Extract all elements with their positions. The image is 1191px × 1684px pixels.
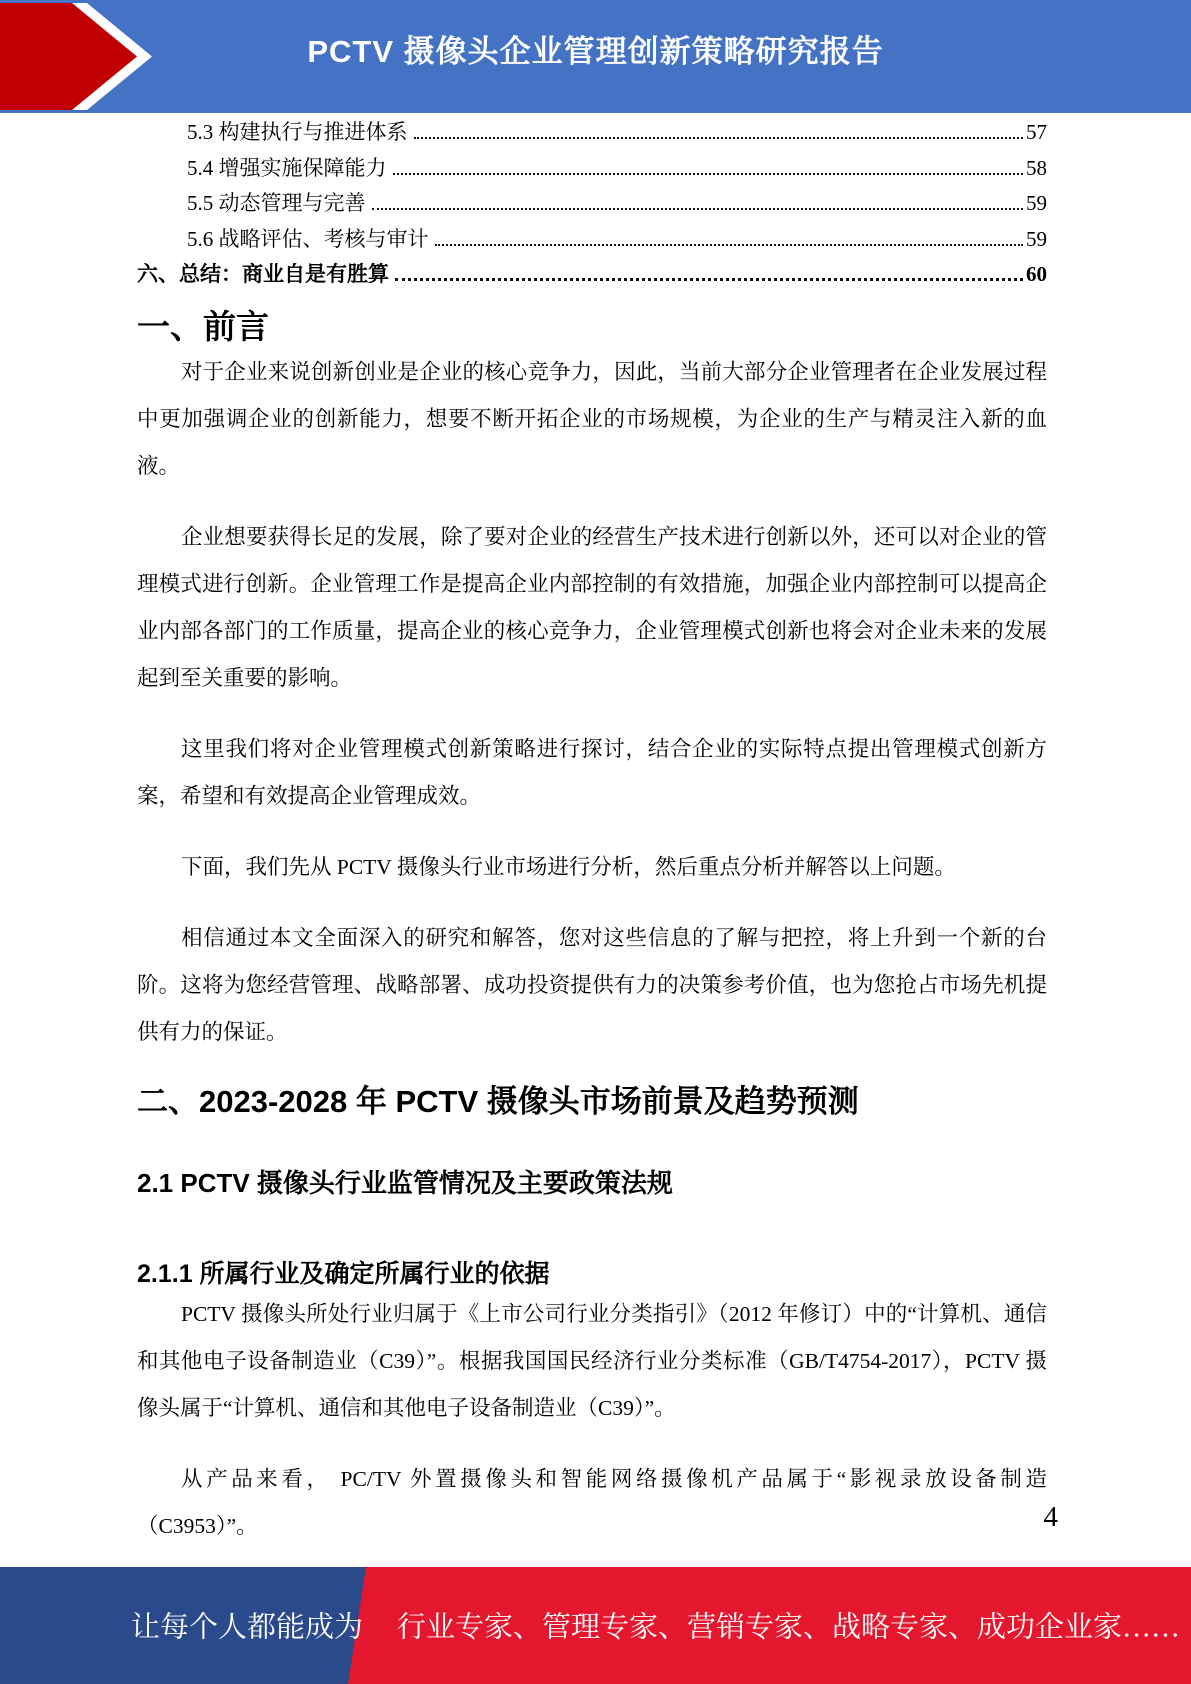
paragraph: 下面，我们先从 PCTV 摄像头行业市场进行分析，然后重点分析并解答以上问题。 <box>137 844 1047 891</box>
paragraph: 对于企业来说创新创业是企业的核心竞争力，因此，当前大部分企业管理者在企业发展过程… <box>137 349 1047 490</box>
heading-industry-basis: 2.1.1 所属行业及确定所属行业的依据 <box>137 1258 1047 1291</box>
page-number: 4 <box>1044 1497 1059 1537</box>
toc-entry-label: 5.6 战略评估、考核与审计 <box>187 222 429 258</box>
toc-leader-dots <box>435 243 1024 246</box>
toc-leader-dots <box>414 136 1024 139</box>
paragraph: 相信通过本文全面深入的研究和解答，您对这些信息的了解与把控，将上升到一个新的台阶… <box>137 915 1047 1056</box>
paragraph: PCTV 摄像头所处行业归属于《上市公司行业分类指引》（2012 年修订）中的“… <box>137 1291 1047 1432</box>
toc-leader-dots <box>395 277 1023 281</box>
toc-leader-dots <box>393 172 1024 175</box>
document-body: 一、前言 对于企业来说创新创业是企业的核心竞争力，因此，当前大部分企业管理者在企… <box>137 292 1047 1560</box>
toc-entry: 5.4 增强实施保障能力 58 <box>137 151 1047 187</box>
heading-preface: 一、前言 <box>137 305 1047 349</box>
toc-entry-page: 58 <box>1026 151 1047 187</box>
toc-entry: 5.5 动态管理与完善 59 <box>137 186 1047 222</box>
toc-entry-page: 59 <box>1026 186 1047 222</box>
toc-entry: 六、总结：商业自是有胜算 60 <box>137 257 1047 293</box>
heading-market-forecast: 二、2023-2028 年 PCTV 摄像头市场前景及趋势预测 <box>137 1080 1047 1124</box>
paragraph: 这里我们将对企业管理模式创新策略进行探讨，结合企业的实际特点提出管理模式创新方案… <box>137 726 1047 820</box>
footer-slogan-left: 让每个人都能成为 <box>131 1604 363 1645</box>
toc-entry-page: 57 <box>1026 115 1047 151</box>
toc-entry: 5.3 构建执行与推进体系 57 <box>137 115 1047 151</box>
toc-entry-page: 59 <box>1026 222 1047 258</box>
heading-regulation: 2.1 PCTV 摄像头行业监管情况及主要政策法规 <box>137 1166 1047 1200</box>
paragraph: 企业想要获得长足的发展，除了要对企业的经营生产技术进行创新以外，还可以对企业的管… <box>137 514 1047 702</box>
footer-slogan-right: 行业专家、管理专家、营销专家、战略专家、成功企业家…… <box>397 1604 1180 1645</box>
toc-entry-label: 5.3 构建执行与推进体系 <box>187 115 408 151</box>
report-title: PCTV 摄像头企业管理创新策略研究报告 <box>0 0 1191 96</box>
toc-entry-label: 5.5 动态管理与完善 <box>187 186 366 222</box>
toc-entry-label: 六、总结：商业自是有胜算 <box>137 257 389 293</box>
report-page: PCTV 摄像头企业管理创新策略研究报告 5.3 构建执行与推进体系 57 5.… <box>0 0 1191 1684</box>
page-footer: 让每个人都能成为 行业专家、管理专家、营销专家、战略专家、成功企业家…… <box>0 1567 1191 1684</box>
table-of-contents: 5.3 构建执行与推进体系 57 5.4 增强实施保障能力 58 5.5 动态管… <box>137 115 1047 293</box>
toc-leader-dots <box>372 207 1024 210</box>
toc-entry: 5.6 战略评估、考核与审计 59 <box>137 222 1047 258</box>
page-header: PCTV 摄像头企业管理创新策略研究报告 <box>0 0 1191 113</box>
toc-entry-page: 60 <box>1026 257 1047 293</box>
paragraph: 从产品来看， PC/TV 外置摄像头和智能网络摄像机产品属于“影视录放设备制造（… <box>137 1456 1047 1550</box>
toc-entry-label: 5.4 增强实施保障能力 <box>187 151 387 187</box>
